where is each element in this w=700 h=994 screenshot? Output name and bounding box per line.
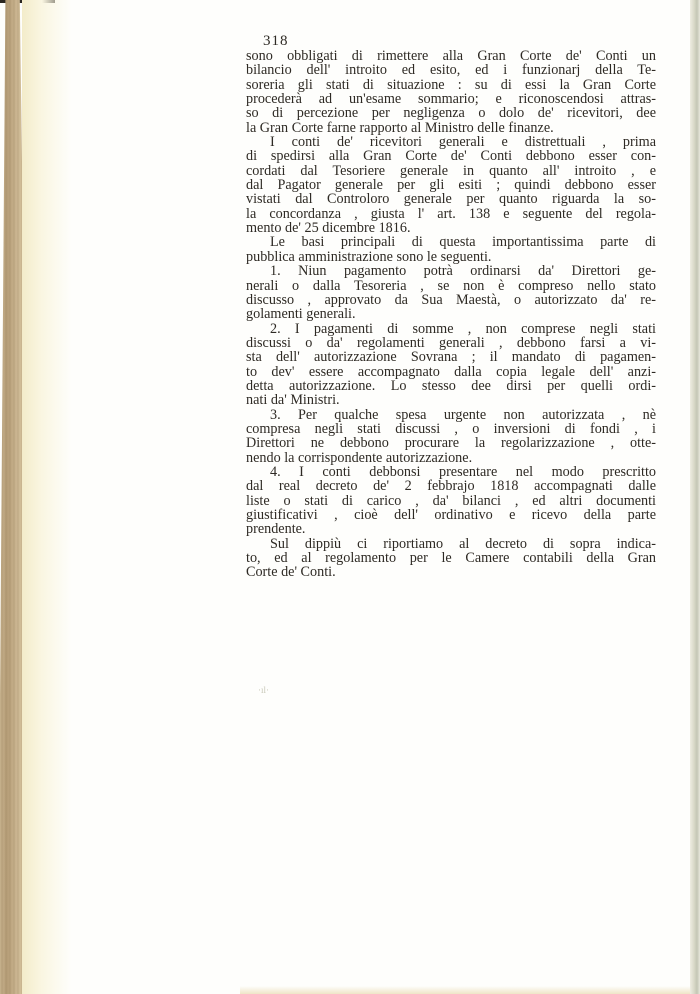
text-line: la concordanza , giusta l' art. 138 e se… xyxy=(246,207,656,221)
text-line: golamenti generali. xyxy=(246,307,656,321)
text-line: to dev' essere accompagnato dalla copia … xyxy=(246,365,656,379)
text-line: di spedirsi alla Gran Corte de' Conti de… xyxy=(246,149,656,163)
page-bottom-edge xyxy=(240,986,690,994)
text-line: la Gran Corte farne rapporto al Ministro… xyxy=(246,121,656,135)
text-line: Direttori ne debbono procurare la regola… xyxy=(246,436,656,450)
text-line: sono obbligati di rimettere alla Gran Co… xyxy=(246,49,656,63)
text-line: detta autorizzazione. Lo stesso dee dirs… xyxy=(246,379,656,393)
text-line: discussi o da' regolamenti generali , de… xyxy=(246,336,656,350)
ink-mark: ·ıl· xyxy=(258,685,269,695)
text-line: 2. I pagamenti di somme , non comprese n… xyxy=(246,322,656,336)
text-line: procederà ad un'esame sommario; e ricono… xyxy=(246,92,656,106)
text-line: to, ed al regolamento per le Camere cont… xyxy=(246,551,656,565)
text-line: dal real decreto de' 2 febbrajo 1818 acc… xyxy=(246,479,656,493)
paragraph: I conti de' ricevitori generali e distre… xyxy=(246,135,656,235)
text-line: Sul dippiù ci riportiamo al decreto di s… xyxy=(246,537,656,551)
text-line: 1. Niun pagamento potrà ordinarsi da' Di… xyxy=(246,264,656,278)
paragraph: 3. Per qualche spesa urgente non autoriz… xyxy=(246,408,656,465)
text-line: Corte de' Conti. xyxy=(246,565,656,579)
text-line: cordati dal Tesoriere generale in quanto… xyxy=(246,164,656,178)
text-line: liste o stati di carico , da' bilanci , … xyxy=(246,494,656,508)
text-line: 3. Per qualche spesa urgente non autoriz… xyxy=(246,408,656,422)
text-line: discusso , approvato da Sua Maestà, o au… xyxy=(246,293,656,307)
text-line: nati da' Ministri. xyxy=(246,393,656,407)
text-line: vistati dal Controloro generale per quan… xyxy=(246,192,656,206)
paragraph: Sul dippiù ci riportiamo al decreto di s… xyxy=(246,537,656,580)
paragraph: 4. I conti debbonsi presentare nel modo … xyxy=(246,465,656,537)
text-line: so di percezione per negligenza o dolo d… xyxy=(246,106,656,120)
text-line: pubblica amministrazione sono le seguent… xyxy=(246,250,656,264)
page-right-edge xyxy=(690,0,700,994)
text-line: mento de' 25 dicembre 1816. xyxy=(246,221,656,235)
paragraph: Le basi principali di questa importantis… xyxy=(246,235,656,264)
text-line: I conti de' ricevitori generali e distre… xyxy=(246,135,656,149)
text-line: soreria gli stati di situazione : su di … xyxy=(246,78,656,92)
text-line: bilancio dell' introito ed esito, ed i f… xyxy=(246,63,656,77)
text-line: compresa negli stati discussi , o invers… xyxy=(246,422,656,436)
text-line: 4. I conti debbonsi presentare nel modo … xyxy=(246,465,656,479)
text-line: giustificativi , cioè dell' ordinativo e… xyxy=(246,508,656,522)
text-line: prendente. xyxy=(246,522,656,536)
text-line: Le basi principali di questa importantis… xyxy=(246,235,656,249)
text-line: sta dell' autorizzazione Sovrana ; il ma… xyxy=(246,350,656,364)
paragraph: 1. Niun pagamento potrà ordinarsi da' Di… xyxy=(246,264,656,321)
document-body: sono obbligati di rimettere alla Gran Co… xyxy=(246,49,656,580)
text-line: nerali o dalla Tesoreria , se non è comp… xyxy=(246,279,656,293)
paragraph: sono obbligati di rimettere alla Gran Co… xyxy=(246,49,656,135)
text-line: nendo la corrispondente autorizzazione. xyxy=(246,451,656,465)
page-gutter-shading xyxy=(22,0,72,994)
text-line: dal Pagator generale per gli esiti ; qui… xyxy=(246,178,656,192)
paragraph: 2. I pagamenti di somme , non comprese n… xyxy=(246,322,656,408)
